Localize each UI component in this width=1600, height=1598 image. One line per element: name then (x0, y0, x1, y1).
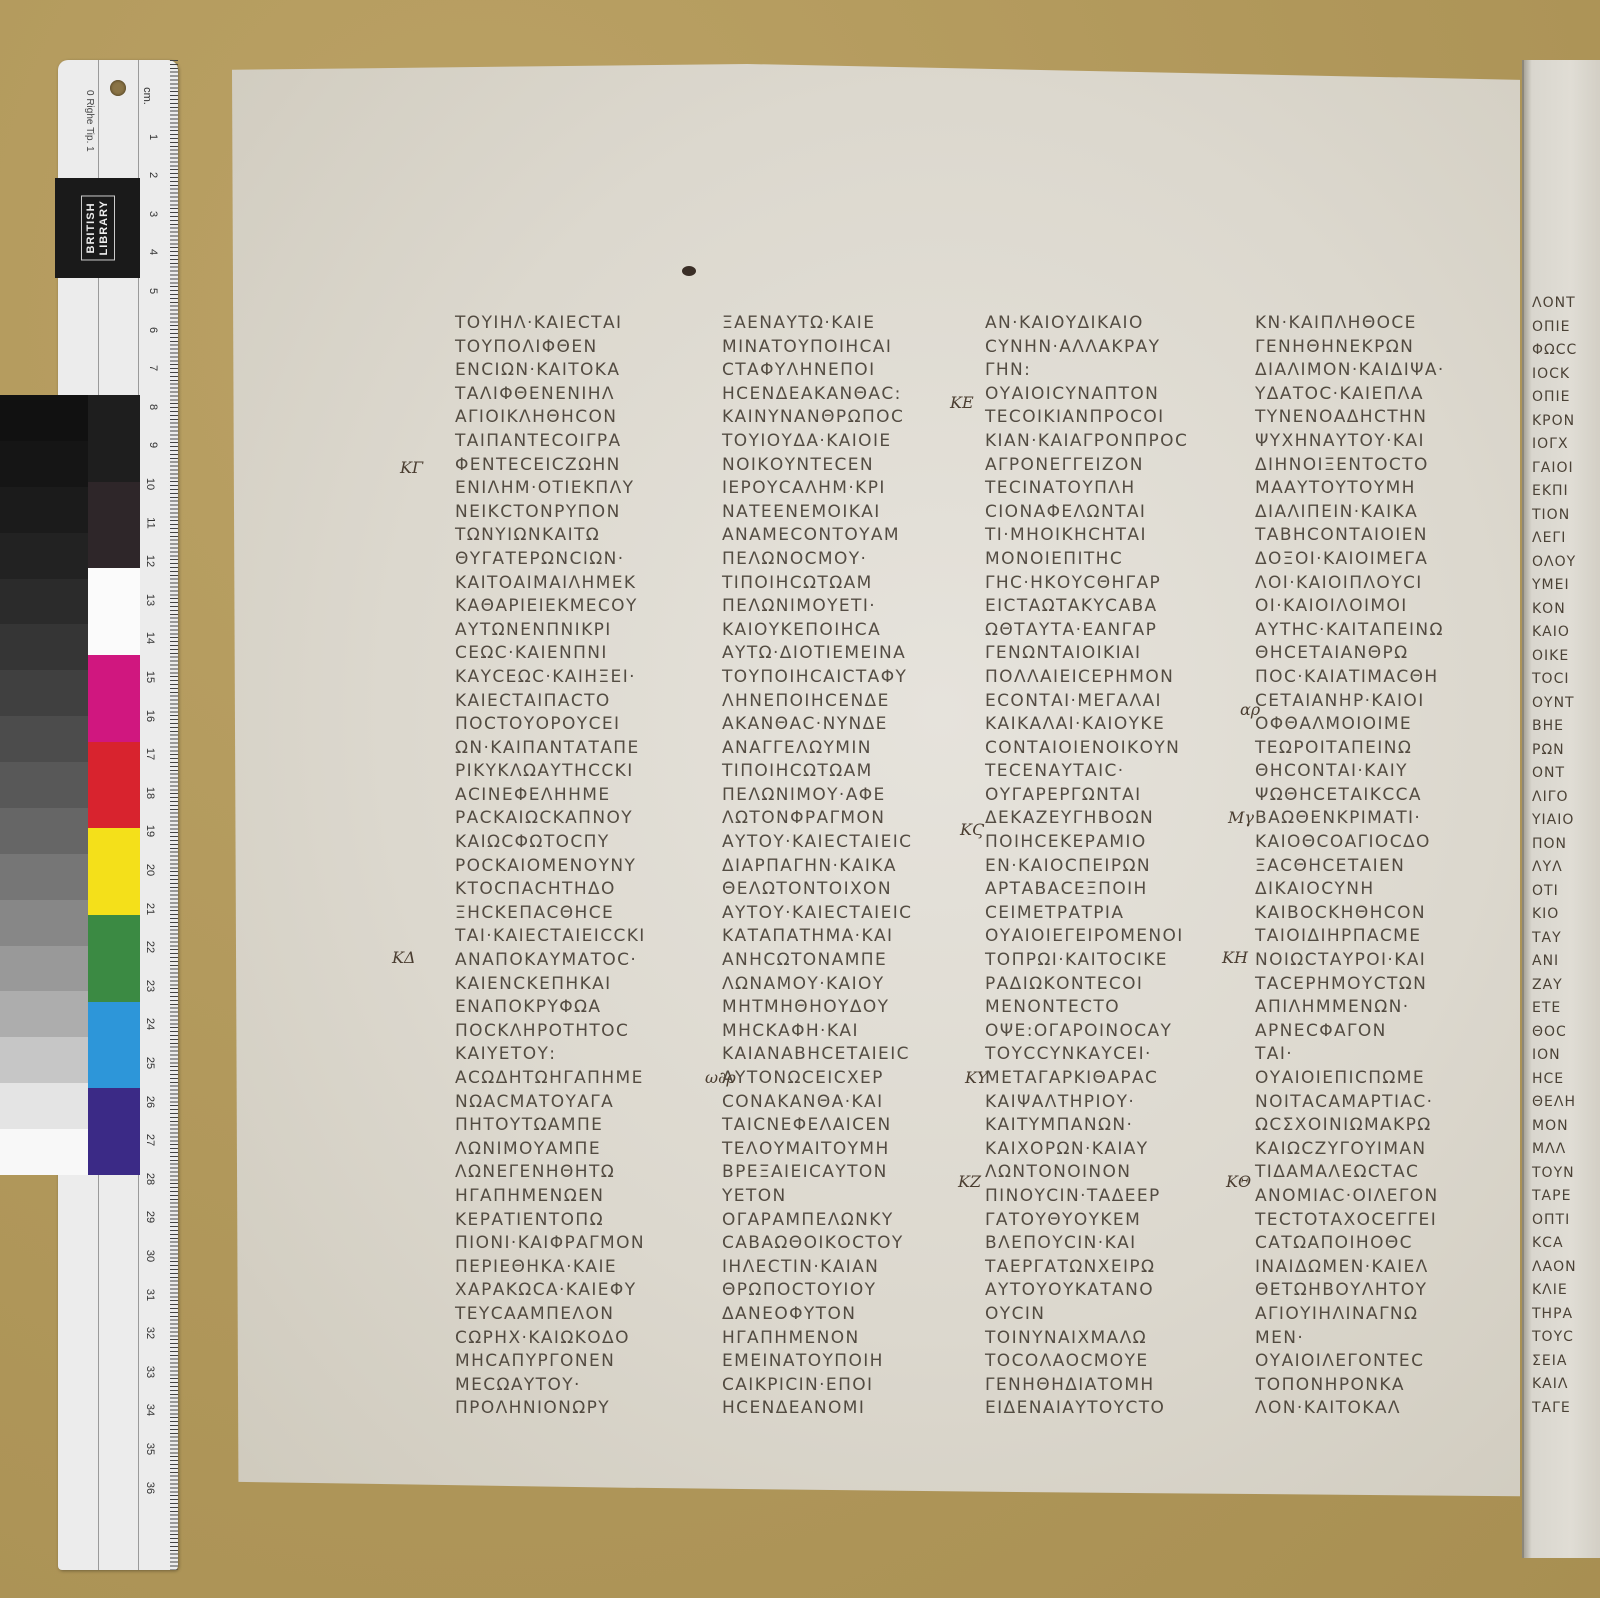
manuscript-line: ΒΑΩΘΕΝΚΡΙΜΑΤΙ· (1255, 807, 1505, 831)
facing-page-line: ΚΡΟΝ (1532, 410, 1577, 434)
facing-page-line: ΛΥΛ (1532, 856, 1577, 880)
ruler-cm-mark: 17 (144, 748, 156, 760)
facing-page-line: ΠΟΝ (1532, 833, 1577, 857)
manuscript-line: ΛΗΝΕΠΟΙΗϹΕΝΔΕ (722, 690, 972, 714)
ruler-cm-mark: 36 (144, 1481, 156, 1493)
facing-page-line: ΖΑΥ (1532, 974, 1577, 998)
ruler-cm-mark: 9 (147, 442, 159, 448)
manuscript-line: ΤΑΕΡΓΑΤΩΝΧΕΙΡΩ (985, 1256, 1235, 1280)
manuscript-line: ΤΟϹΟΛΑΟϹΜΟΥΕ (985, 1350, 1235, 1374)
manuscript-line: ΝΑΤΕΕΝΕΜΟΙΚΑΙ (722, 501, 972, 525)
manuscript-line: ΚΙΑΝ·ΚΑΙΑΓΡΟΝΠΡΟϹ (985, 430, 1235, 454)
ruler-cm-mark: 19 (144, 825, 156, 837)
manuscript-line: ΤΑΙ·ΚΑΙΕϹΤΑΙΕΙϹϹΚΙ (455, 925, 705, 949)
manuscript-line: ΩΘΤΑΥΤΑ·ΕΑΝΓΑΡ (985, 619, 1235, 643)
manuscript-line: ΠΟΙΗϹΕΚΕΡΑΜΙΟ (985, 831, 1235, 855)
ruler-cm-mark: 30 (144, 1250, 156, 1262)
manuscript-line: ΞΑΕΝΑΥΤΩ·ΚΑΙΕ (722, 312, 972, 336)
manuscript-line: ϹΕΩϹ·ΚΑΙΕΝΠΝΙ (455, 642, 705, 666)
facing-page-line: ΟΥΝΤ (1532, 692, 1577, 716)
manuscript-line: ϹΤΑΦΥΛΗΝΕΠΟΙ (722, 359, 972, 383)
manuscript-line: ΜΗϹΚΑΦΗ·ΚΑΙ (722, 1020, 972, 1044)
grey-patch (0, 991, 88, 1037)
manuscript-line: ΚΑΙΕϹΤΑΙΠΑϹΤΟ (455, 690, 705, 714)
grey-patch (0, 624, 88, 670)
manuscript-line: ΚΑΙΚΑΛΑΙ·ΚΑΙΟΥΚΕ (985, 713, 1235, 737)
ruler-cm-mark: 33 (144, 1366, 156, 1378)
manuscript-line: ΡΟϹΚΑΙΟΜΕΝΟΥΝΥ (455, 855, 705, 879)
manuscript-line: ΕΙϹΤΑΩΤΑΚΥϹΑΒΑ (985, 595, 1235, 619)
ruler-cm-mark: 34 (144, 1404, 156, 1416)
ruler-cm-mark: 4 (147, 249, 159, 255)
manuscript-line: ΝΩΑϹΜΑΤΟΥΑΓΑ (455, 1091, 705, 1115)
manuscript-line: ΟΙ·ΚΑΙΟΙΛΟΙΜΟΙ (1255, 595, 1505, 619)
facing-page-line: ΚΙΟ (1532, 903, 1577, 927)
facing-page-line: ΚΑΙΟ (1532, 621, 1577, 645)
manuscript-line: ΤΩΝΥΙΩΝΚΑΙΤΩ (455, 524, 705, 548)
manuscript-line: ΛΩΝΙΜΟΥΑΜΠΕ (455, 1138, 705, 1162)
manuscript-line: ΑΝΑΜΕϹΟΝΤΟΥΑΜ (722, 524, 972, 548)
badge-line-british: BRITISH (85, 200, 98, 255)
manuscript-line: ΗϹΕΝΔΕΑΝΟΜΙ (722, 1397, 972, 1421)
manuscript-line: ΤΕϹΕΝΑΥΤΑΙϹ· (985, 760, 1235, 784)
manuscript-line: ΕΝ·ΚΑΙΟϹΠΕΙΡΩΝ (985, 855, 1235, 879)
manuscript-line: ΘΗϹΟΝΤΑΙ·ΚΑΙΥ (1255, 760, 1505, 784)
manuscript-line: ΚΑΙΝΥΝΑΝΘΡΩΠΟϹ (722, 406, 972, 430)
ruler-typographic-scale-label: 0 Righe Tip. 1 (84, 90, 95, 152)
manuscript-line: ΤΥΝΕΝΟΑΔΗϹΤΗΝ (1255, 406, 1505, 430)
manuscript-line: ΚΑΙΟΥΚΕΠΟΙΗϹΑ (722, 619, 972, 643)
manuscript-line: ΤΟΥϹϹΥΝΚΑΥϹΕΙ· (985, 1043, 1235, 1067)
manuscript-line: ΓΗΝ: (985, 359, 1235, 383)
ruler-cm-mark: 3 (147, 211, 159, 217)
facing-page-line: ΟΝΤ (1532, 762, 1577, 786)
manuscript-line: ΝΟΙΩϹΤΑΥΡΟΙ·ΚΑΙ (1255, 949, 1505, 973)
facing-page-line: ΙΟΝ (1532, 1044, 1577, 1068)
manuscript-line: ΡΑϹΚΑΙΩϹΚΑΠΝΟΥ (455, 807, 705, 831)
manuscript-line: ΚΑΤΑΠΑΤΗΜΑ·ΚΑΙ (722, 925, 972, 949)
manuscript-line: ϹΙΟΝΑΦΕΛΩΝΤΑΙ (985, 501, 1235, 525)
manuscript-line: ΜΗϹΑΠΥΡΓΟΝΕΝ (455, 1350, 705, 1374)
manuscript-line: ΑΝ·ΚΑΙΟΥΔΙΚΑΙΟ (985, 312, 1235, 336)
ruler-cm-mark: 23 (144, 980, 156, 992)
ruler-cm-mark: 11 (144, 517, 156, 528)
manuscript-line: ΤΟΥΠΟΙΗϹΑΙϹΤΑΦΥ (722, 666, 972, 690)
manuscript-line: ΕΝΑΠΟΚΡΥΦΩΑ (455, 996, 705, 1020)
color-patch-black (88, 395, 140, 482)
grey-patch (0, 487, 88, 533)
manuscript-line: ΑϹΩΔΗΤΩΗΓΑΠΗΜΕ (455, 1067, 705, 1091)
manuscript-line: ΜΑΑΥΤΟΥΤΟΥΜΗ (1255, 477, 1505, 501)
manuscript-line: ΕΙΔΕΝΑΙΑΥΤΟΥϹΤΟ (985, 1397, 1235, 1421)
facing-page-edge: ΛΟΝΤΟΠΙΕΦΩϹϹΙΟϹΚΟΠΙΕΚΡΟΝΙΟΓΧΓΑΙΟΙΕΚΠΙΤΙΟ… (1522, 60, 1600, 1558)
manuscript-line: ΑΓΡΟΝΕΓΓΕΙΖΟΝ (985, 454, 1235, 478)
ruler-unit-label: cm. (141, 87, 153, 105)
manuscript-line: ΗΓΑΠΗΜΕΝΟΝ (722, 1327, 972, 1351)
manuscript-line: ΕΝΙΛΗΜ·ΟΤΙΕΚΠΛΥ (455, 477, 705, 501)
grey-patch (0, 579, 88, 625)
manuscript-line: ΟΓΑΡΑΜΠΕΛΩΝΚΥ (722, 1209, 972, 1233)
manuscript-line: ΤΟΥΙΗΛ·ΚΑΙΕϹΤΑΙ (455, 312, 705, 336)
manuscript-line: ΤΑΒΗϹΟΝΤΑΙΟΙΕΝ (1255, 524, 1505, 548)
manuscript-line: ΚΑΙΟΘϹΟΑΓΙΟϹΔΟ (1255, 831, 1505, 855)
manuscript-line: ΑΡΝΕϹΦΑΓΟΝ (1255, 1020, 1505, 1044)
manuscript-line: ΚΑΙΧΟΡΩΝ·ΚΑΙΑΥ (985, 1138, 1235, 1162)
ruler-cm-mark: 10 (144, 478, 156, 490)
manuscript-line: ΤΟΠΟΝΗΡΟΝΚΑ (1255, 1374, 1505, 1398)
manuscript-line: ΩϹΣΧΟΙΝΙΩΜΑΚΡΩ (1255, 1114, 1505, 1138)
manuscript-line: ΘΕΤΩΗΒΟΥΛΗΤΟΥ (1255, 1279, 1505, 1303)
facing-page-line: ΚϹΑ (1532, 1232, 1577, 1256)
color-patch-yellow (88, 828, 140, 915)
facing-page-line: ΚΟΝ (1532, 598, 1577, 622)
color-patch-red (88, 742, 140, 829)
ruler-cm-mark: 15 (144, 671, 156, 683)
color-patch-green (88, 915, 140, 1002)
manuscript-line: ΑΥΤΩ·ΔΙΟΤΙΕΜΕΙΝΑ (722, 642, 972, 666)
manuscript-line: ΟΥΑΙΟΙΕΓΕΙΡΟΜΕΝΟΙ (985, 925, 1235, 949)
manuscript-line: ΠΕΛΩΝΙΜΟΥΕΤΙ· (722, 595, 972, 619)
manuscript-line: ΞΗϹΚΕΠΑϹΘΗϹΕ (455, 902, 705, 926)
manuscript-line: ΥΕΤΟΝ (722, 1185, 972, 1209)
manuscript-line: ΛΩΝΑΜΟΥ·ΚΑΙΟΥ (722, 973, 972, 997)
ruler-cm-mark: 35 (144, 1443, 156, 1455)
ruler-cm-mark: 8 (147, 404, 159, 410)
facing-page-line: ΚΛΙΕ (1532, 1279, 1577, 1303)
ruler-cm-ticks (158, 60, 178, 1570)
manuscript-line: ΟΦΘΑΛΜΟΙΟΙΜΕ (1255, 713, 1505, 737)
manuscript-line: ΠΕΛΩΝΟϹΜΟΥ· (722, 548, 972, 572)
manuscript-line: ΤΕϹΟΙΚΙΑΝΠΡΟϹΟΙ (985, 406, 1235, 430)
manuscript-line: ΑΚΑΝΘΑϹ·ΝΥΝΔΕ (722, 713, 972, 737)
facing-page-line: ΟΤΙ (1532, 880, 1577, 904)
grey-patch (0, 762, 88, 808)
grey-patch (0, 946, 88, 992)
manuscript-line: ΑΡΤΑΒΑϹΕΞΠΟΙΗ (985, 878, 1235, 902)
manuscript-line: ΓΗϹ·ΗΚΟΥϹΘΗΓΑΡ (985, 572, 1235, 596)
manuscript-line: ΑΥΤΟΝΩϹΕΙϹΧΕΡ (722, 1067, 972, 1091)
manuscript-line: ΤΑϹΕΡΗΜΟΥϹΤΩΝ (1255, 973, 1505, 997)
manuscript-line: ΑΥΤΗϹ·ΚΑΙΤΑΠΕΙΝΩ (1255, 619, 1505, 643)
manuscript-line: ΔΙΗΝΟΙΞΕΝΤΟϹΤΟ (1255, 454, 1505, 478)
manuscript-line: ΤΙΔΑΜΑΛΕΩϹΤΑϹ (1255, 1161, 1505, 1185)
manuscript-line: ΕΝϹΙΩΝ·ΚΑΙΤΟΚΑ (455, 359, 705, 383)
manuscript-line: ΚΑΙΨΑΛΤΗΡΙΟΥ· (985, 1091, 1235, 1115)
manuscript-line: ϹΕΙΜΕΤΡΑΤΡΙΑ (985, 902, 1235, 926)
ruler-cm-mark: 18 (144, 787, 156, 799)
facing-page-line: ΤΗΡΑ (1532, 1303, 1577, 1327)
facing-page-line: ΛΕΓΙ (1532, 527, 1577, 551)
section-number-kh: ΚΗ (1222, 948, 1248, 967)
facing-page-line: ΟΠΙΕ (1532, 316, 1577, 340)
marginal-annotation: ω∂ρ (705, 1068, 736, 1087)
facing-page-line: ΡΩΝ (1532, 739, 1577, 763)
manuscript-line: ΚΑΙΩϹΖΥΓΟΥΙΜΑΝ (1255, 1138, 1505, 1162)
facing-page-line: ΤΑΥ (1532, 927, 1577, 951)
manuscript-line: ΝΕΙΚϹΤΟΝΡΥΠΟΝ (455, 501, 705, 525)
facing-page-line: ΟΠΤΙ (1532, 1209, 1577, 1233)
grey-patch (0, 1037, 88, 1083)
manuscript-line: ΑΥΤΩΝΕΝΠΝΙΚΡΙ (455, 619, 705, 643)
manuscript-line: ΝΟΙΚΟΥΝΤΕϹΕΝ (722, 454, 972, 478)
section-number-ke: ΚΕ (950, 393, 974, 412)
manuscript-line: ΜΕΝΟΝΤΕϹΤΟ (985, 996, 1235, 1020)
manuscript-line: ΚΤΟϹΠΑϹΗΤΗΔΟ (455, 878, 705, 902)
manuscript-line: ΙΗΛΕϹΤΙΝ·ΚΑΙΑΝ (722, 1256, 972, 1280)
manuscript-line: ΔΕΚΑΖΕΥΓΗΒΟΩΝ (985, 807, 1235, 831)
ruler-cm-mark: 31 (144, 1288, 156, 1300)
manuscript-line: ΙΝΑΙΔΩΜΕΝ·ΚΑΙΕΛ (1255, 1256, 1505, 1280)
manuscript-line: ΤΕϹΙΝΑΤΟΥΠΛΗ (985, 477, 1235, 501)
facing-page-line: ΙΟΓΧ (1532, 433, 1577, 457)
facing-page-line: ΗϹΕ (1532, 1068, 1577, 1092)
manuscript-line: ΤΕΛΟΥΜΑΙΤΟΥΜΗ (722, 1138, 972, 1162)
manuscript-line: ΞΑϹΘΗϹΕΤΑΙΕΝ (1255, 855, 1505, 879)
manuscript-line: ΠΡΟΛΗΝΙΟΝΩΡΥ (455, 1397, 705, 1421)
ruler-cm-mark: 6 (147, 327, 159, 333)
manuscript-line: ΓΕΝΗΘΗΔΙΑΤΟΜΗ (985, 1374, 1235, 1398)
manuscript-line: ΤΟΥΙΟΥΔΑ·ΚΑΙΟΙΕ (722, 430, 972, 454)
facing-page-line: ΥΜΕΙ (1532, 574, 1577, 598)
manuscript-line: ΑΥΤΟΥ·ΚΑΙΕϹΤΑΙΕΙϹ (722, 831, 972, 855)
manuscript-line: ΥΔΑΤΟϹ·ΚΑΙΕΠΛΑ (1255, 383, 1505, 407)
grey-patch (0, 900, 88, 946)
facing-page-line: ΚΑΙΛ (1532, 1373, 1577, 1397)
manuscript-line: ΚΑΙΩϹΦΩΤΟϹΠΥ (455, 831, 705, 855)
grey-patch (0, 533, 88, 579)
facing-page-line: ΟΙΚΕ (1532, 645, 1577, 669)
manuscript-line: ΛΟΙ·ΚΑΙΟΙΠΛΟΥϹΙ (1255, 572, 1505, 596)
manuscript-line: ΡΙΚΥΚΛΩΑΥΤΗϹϹΚΙ (455, 760, 705, 784)
manuscript-line: ΟΥΑΙΟΙϹΥΝΑΠΤΟΝ (985, 383, 1235, 407)
manuscript-line: ΜΕϹΩΑΥΤΟΥ· (455, 1374, 705, 1398)
manuscript-line: ΤΟΥΠΟΛΙΦΘΕΝ (455, 336, 705, 360)
manuscript-line: ϹΥΝΗΝ·ΑΛΛΑΚΡΑΥ (985, 336, 1235, 360)
manuscript-line: ΔΟΞΟΙ·ΚΑΙΟΙΜΕΓΑ (1255, 548, 1505, 572)
manuscript-line: ΤΕΥϹΑΑΜΠΕΛΟΝ (455, 1303, 705, 1327)
manuscript-line: ΘΕΛΩΤΟΝΤΟΙΧΟΝ (722, 878, 972, 902)
manuscript-line: ΠΙΝΟΥϹΙΝ·ΤΑΔΕΕΡ (985, 1185, 1235, 1209)
ink-blot (682, 266, 696, 276)
ruler-cm-mark: 24 (144, 1018, 156, 1030)
manuscript-line: ΚΑΘΑΡΙΕΙΕΚΜΕϹΟΥ (455, 595, 705, 619)
ruler-hang-hole (110, 80, 126, 96)
manuscript-line: ϹΟΝΤΑΙΟΙΕΝΟΙΚΟΥΝ (985, 737, 1235, 761)
manuscript-line: ΜΙΝΑΤΟΥΠΟΙΗϹΑΙ (722, 336, 972, 360)
manuscript-line: ΜΗΤΜΗΘΗΟΥΔΟΥ (722, 996, 972, 1020)
text-column-3: ΑΝ·ΚΑΙΟΥΔΙΚΑΙΟϹΥΝΗΝ·ΑΛΛΑΚΡΑΥΓΗΝ:ΟΥΑΙΟΙϹΥ… (985, 312, 1235, 1421)
manuscript-line: ΤΑΙ· (1255, 1043, 1505, 1067)
ruler-cm-mark: 20 (144, 864, 156, 876)
manuscript-line: ΘΡΩΠΟϹΤΟΥΙΟΥ (722, 1279, 972, 1303)
facing-page-line: ΛΑΟΝ (1532, 1256, 1577, 1280)
manuscript-line: ϹΕΤΑΙΑΝΗΡ·ΚΑΙΟΙ (1255, 690, 1505, 714)
manuscript-line: ΟΥΑΙΟΙΕΠΙϹΠΩΜΕ (1255, 1067, 1505, 1091)
manuscript-line: ϹΑΒΑΩΘΟΙΚΟϹΤΟΥ (722, 1232, 972, 1256)
facing-page-line: ΛΙΓΟ (1532, 786, 1577, 810)
facing-page-line: ΒΗΕ (1532, 715, 1577, 739)
manuscript-line: ΓΑΤΟΥΘΥΟΥΚΕΜ (985, 1209, 1235, 1233)
manuscript-line: ΝΟΙΤΑϹΑΜΑΡΤΙΑϹ· (1255, 1091, 1505, 1115)
manuscript-line: ΑΝΟΜΙΑϹ·ΟΙΛΕΓΟΝ (1255, 1185, 1505, 1209)
manuscript-line: ΟΥϹΙΝ (985, 1303, 1235, 1327)
manuscript-line: ΨΩΘΗϹΕΤΑΙΚϹϹΑ (1255, 784, 1505, 808)
section-number-ks: ΚϚ (960, 820, 984, 839)
manuscript-line: ΡΑΔΙΩΚΟΝΤΕϹΟΙ (985, 973, 1235, 997)
manuscript-line: ΓΕΝΗΘΗΝΕΚΡΩΝ (1255, 336, 1505, 360)
facing-page-line: ΜΟΝ (1532, 1115, 1577, 1139)
manuscript-line: ΤΙ·ΜΗΟΙΚΗϹΗΤΑΙ (985, 524, 1235, 548)
manuscript-line: ΠΕΡΙΕΘΗΚΑ·ΚΑΙΕ (455, 1256, 705, 1280)
manuscript-line: ΧΑΡΑΚΩϹΑ·ΚΑΙΕΦΥ (455, 1279, 705, 1303)
manuscript-line: ΠΙΟΝΙ·ΚΑΙΦΡΑΓΜΟΝ (455, 1232, 705, 1256)
facing-page-line: ΤΑΓΕ (1532, 1397, 1577, 1421)
ruler-cm-mark: 29 (144, 1211, 156, 1223)
manuscript-line: ΚΑΥϹΕΩϹ·ΚΑΙΗΞΕΙ· (455, 666, 705, 690)
color-patch-cyan (88, 1002, 140, 1089)
color-patch-magenta (88, 655, 140, 742)
manuscript-line: ΟΥΓΑΡΕΡΓΩΝΤΑΙ (985, 784, 1235, 808)
manuscript-line: ΚΑΙΕΝϹΚΕΠΗΚΑΙ (455, 973, 705, 997)
marginal-annotation: Μγ (1228, 808, 1254, 827)
manuscript-line: ΑΝΑΓΓΕΛΩΥΜΙΝ (722, 737, 972, 761)
manuscript-line: ΒΛΕΠΟΥϹΙΝ·ΚΑΙ (985, 1232, 1235, 1256)
facing-page-line: ΥΙΑΙΟ (1532, 809, 1577, 833)
manuscript-line: ΠΗΤΟΥΤΩΑΜΠΕ (455, 1114, 705, 1138)
manuscript-line: ΨΥΧΗΝΑΥΤΟΥ·ΚΑΙ (1255, 430, 1505, 454)
manuscript-line: ΤΑΙϹΝΕΦΕΛΑΙϹΕΝ (722, 1114, 972, 1138)
facing-page-line: ΟΠΙΕ (1532, 386, 1577, 410)
color-patch-blue-violet (88, 1088, 140, 1175)
manuscript-line: ΚΕΡΑΤΙΕΝΤΟΠΩ (455, 1209, 705, 1233)
ruler-cm-mark: 28 (144, 1173, 156, 1185)
manuscript-line: ΔΙΑΛΙΠΕΙΝ·ΚΑΙΚΑ (1255, 501, 1505, 525)
facing-page-line: ΤΟΥΝ (1532, 1162, 1577, 1186)
manuscript-line: ΜΕΤΑΓΑΡΚΙΘΑΡΑϹ (985, 1067, 1235, 1091)
manuscript-line: ΤΕϹΤΟΤΑΧΟϹΕΓΓΕΙ (1255, 1209, 1505, 1233)
manuscript-line: ϹΑΙΚΡΙϹΙΝ·ΕΠΟΙ (722, 1374, 972, 1398)
section-number-kth: ΚΘ (1226, 1172, 1251, 1191)
facing-page-line: ΤΟϹΙ (1532, 668, 1577, 692)
manuscript-line: ΔΙΚΑΙΟϹΥΝΗ (1255, 878, 1505, 902)
manuscript-line: ΗϹΕΝΔΕΑΚΑΝΘΑϹ: (722, 383, 972, 407)
manuscript-line: ΤΕΩΡΟΙΤΑΠΕΙΝΩ (1255, 737, 1505, 761)
grey-patch (0, 395, 88, 441)
british-library-badge: BRITISH LIBRARY (55, 178, 140, 278)
ruler-cm-mark: 14 (144, 632, 156, 644)
ruler-cm-mark: 25 (144, 1057, 156, 1069)
grey-patch (0, 716, 88, 762)
manuscript-line: ΚΑΙΑΝΑΒΗϹΕΤΑΙΕΙϹ (722, 1043, 972, 1067)
manuscript-line: ΙΕΡΟΥϹΑΛΗΜ·ΚΡΙ (722, 477, 972, 501)
manuscript-line: ΤΙΠΟΙΗϹΩΤΩΑΜ (722, 572, 972, 596)
section-number-kz: ΚΖ (958, 1172, 981, 1191)
facing-page-line: ΕΤΕ (1532, 997, 1577, 1021)
manuscript-line: ΚΑΙΥΕΤΟΥ: (455, 1043, 705, 1067)
manuscript-line: ΜΟΝΟΙΕΠΙΤΗϹ (985, 548, 1235, 572)
text-column-4: ΚΝ·ΚΑΙΠΛΗΘΟϹΕΓΕΝΗΘΗΝΕΚΡΩΝΔΙΑΛΙΜΟΝ·ΚΑΙΔΙΨ… (1255, 312, 1505, 1421)
ruler-cm-mark: 7 (147, 365, 159, 371)
facing-page-line: ΙΟϹΚ (1532, 363, 1577, 387)
manuscript-line: ΚΑΙΒΟϹΚΗΘΗϹΟΝ (1255, 902, 1505, 926)
facing-page-line: ΤΙΟΝ (1532, 504, 1577, 528)
manuscript-line: ΔΙΑΛΙΜΟΝ·ΚΑΙΔΙΨΑ· (1255, 359, 1505, 383)
grey-patch (0, 854, 88, 900)
manuscript-line: ΛΩΝΤΟΝΟΙΝΟΝ (985, 1161, 1235, 1185)
grey-patch (0, 1083, 88, 1129)
greyscale-strip (0, 395, 88, 1175)
ruler-cm-mark: 1 (147, 134, 159, 140)
manuscript-line: ΛΩΝΕΓΕΝΗΘΗΤΩ (455, 1161, 705, 1185)
text-column-1: ΤΟΥΙΗΛ·ΚΑΙΕϹΤΑΙΤΟΥΠΟΛΙΦΘΕΝΕΝϹΙΩΝ·ΚΑΙΤΟΚΑ… (455, 312, 705, 1421)
grey-patch (0, 808, 88, 854)
facing-page-line: ΦΩϹϹ (1532, 339, 1577, 363)
manuscript-line: ΑΠΙΛΗΜΜΕΝΩΝ· (1255, 996, 1505, 1020)
manuscript-line: ΤΑΙΟΙΔΙΗΡΠΑϹΜΕ (1255, 925, 1505, 949)
manuscript-line: ΠΟϹΚΛΗΡΟΤΗΤΟϹ (455, 1020, 705, 1044)
manuscript-line: ΑΓΙΟΙΚΛΗΘΗϹΟΝ (455, 406, 705, 430)
manuscript-line: ΛΩΤΟΝΦΡΑΓΜΟΝ (722, 807, 972, 831)
facing-page-line: ΛΟΝΤ (1532, 292, 1577, 316)
manuscript-line: ΑΥΤΟΥ·ΚΑΙΕϹΤΑΙΕΙϹ (722, 902, 972, 926)
color-calibration-chart (0, 395, 140, 1175)
ruler-cm-mark: 27 (144, 1134, 156, 1146)
badge-line-library: LIBRARY (98, 200, 111, 255)
facing-page-line: ΘΟϹ (1532, 1021, 1577, 1045)
manuscript-line: ΜΕΝ· (1255, 1327, 1505, 1351)
manuscript-line: ΤΟΠΡΩΙ·ΚΑΙΤΟϹΙΚΕ (985, 949, 1235, 973)
manuscript-line: ΟΥΑΙΟΙΛΕΓΟΝΤΕϹ (1255, 1350, 1505, 1374)
manuscript-line: ϹΑΤΩΑΠΟΙΗΟΘϹ (1255, 1232, 1505, 1256)
ruler-cm-mark: 12 (144, 555, 156, 567)
facing-page-line: ΘΕΛΗ (1532, 1091, 1577, 1115)
manuscript-line: ΑΝΗϹΩΤΟΝΑΜΠΕ (722, 949, 972, 973)
manuscript-line: ΩΝ·ΚΑΙΠΑΝΤΑΤΑΠΕ (455, 737, 705, 761)
ruler-cm-mark: 21 (144, 902, 156, 914)
manuscript-line: ΠΟΛΛΑΙΕΙϹΕΡΗΜΟΝ (985, 666, 1235, 690)
facing-page-line: ΤΑΡΕ (1532, 1185, 1577, 1209)
facing-page-line: ΤΟΥϹ (1532, 1326, 1577, 1350)
manuscript-line: ΑΥΤΟΥΟΥΚΑΤΑΝΟ (985, 1279, 1235, 1303)
marginal-annotation: αρ (1240, 700, 1260, 719)
manuscript-line: ΦΕΝΤΕϹΕΙϹΖΩΗΝ (455, 454, 705, 478)
manuscript-line: ΚΑΙΤΥΜΠΑΝΩΝ· (985, 1114, 1235, 1138)
manuscript-line: ΤΑΙΠΑΝΤΕϹΟΙΓΡΑ (455, 430, 705, 454)
facing-page-line: ΑΝΙ (1532, 950, 1577, 974)
ruler-cm-mark: 32 (144, 1327, 156, 1339)
facing-page-line: ΜΛΛ (1532, 1138, 1577, 1162)
manuscript-line: ΠΟϹ·ΚΑΙΑΤΙΜΑϹΘΗ (1255, 666, 1505, 690)
color-patch-strip (88, 395, 140, 1175)
section-number-ky: ΚΥ (965, 1068, 988, 1087)
manuscript-line: ϹΩΡΗΧ·ΚΑΙΩΚΟΔΟ (455, 1327, 705, 1351)
manuscript-line: ΤΙΠΟΙΗϹΩΤΩΑΜ (722, 760, 972, 784)
manuscript-line: ΓΕΝΩΝΤΑΙΟΙΚΙΑΙ (985, 642, 1235, 666)
facing-page-line: ΟΛΟΥ (1532, 551, 1577, 575)
ruler-cm-mark: 22 (144, 941, 156, 953)
ruler-cm-mark: 13 (144, 594, 156, 606)
grey-patch (0, 670, 88, 716)
manuscript-line: ΔΙΑΡΠΑΓΗΝ·ΚΑΙΚΑ (722, 855, 972, 879)
color-patch-white (88, 568, 140, 655)
text-column-2: ΞΑΕΝΑΥΤΩ·ΚΑΙΕΜΙΝΑΤΟΥΠΟΙΗϹΑΙϹΤΑΦΥΛΗΝΕΠΟΙΗ… (722, 312, 972, 1421)
manuscript-line: ΒΡΕΞΑΙΕΙϹΑΥΤΟΝ (722, 1161, 972, 1185)
grey-patch (0, 1129, 88, 1175)
ruler-cm-mark: 5 (147, 288, 159, 294)
manuscript-line: ΑϹΙΝΕΦΕΛΗΗΜΕ (455, 784, 705, 808)
manuscript-line: ΟΨΕ:ΟΓΑΡΟΙΝΟϹΑΥ (985, 1020, 1235, 1044)
ruler-cm-mark: 2 (147, 172, 159, 178)
